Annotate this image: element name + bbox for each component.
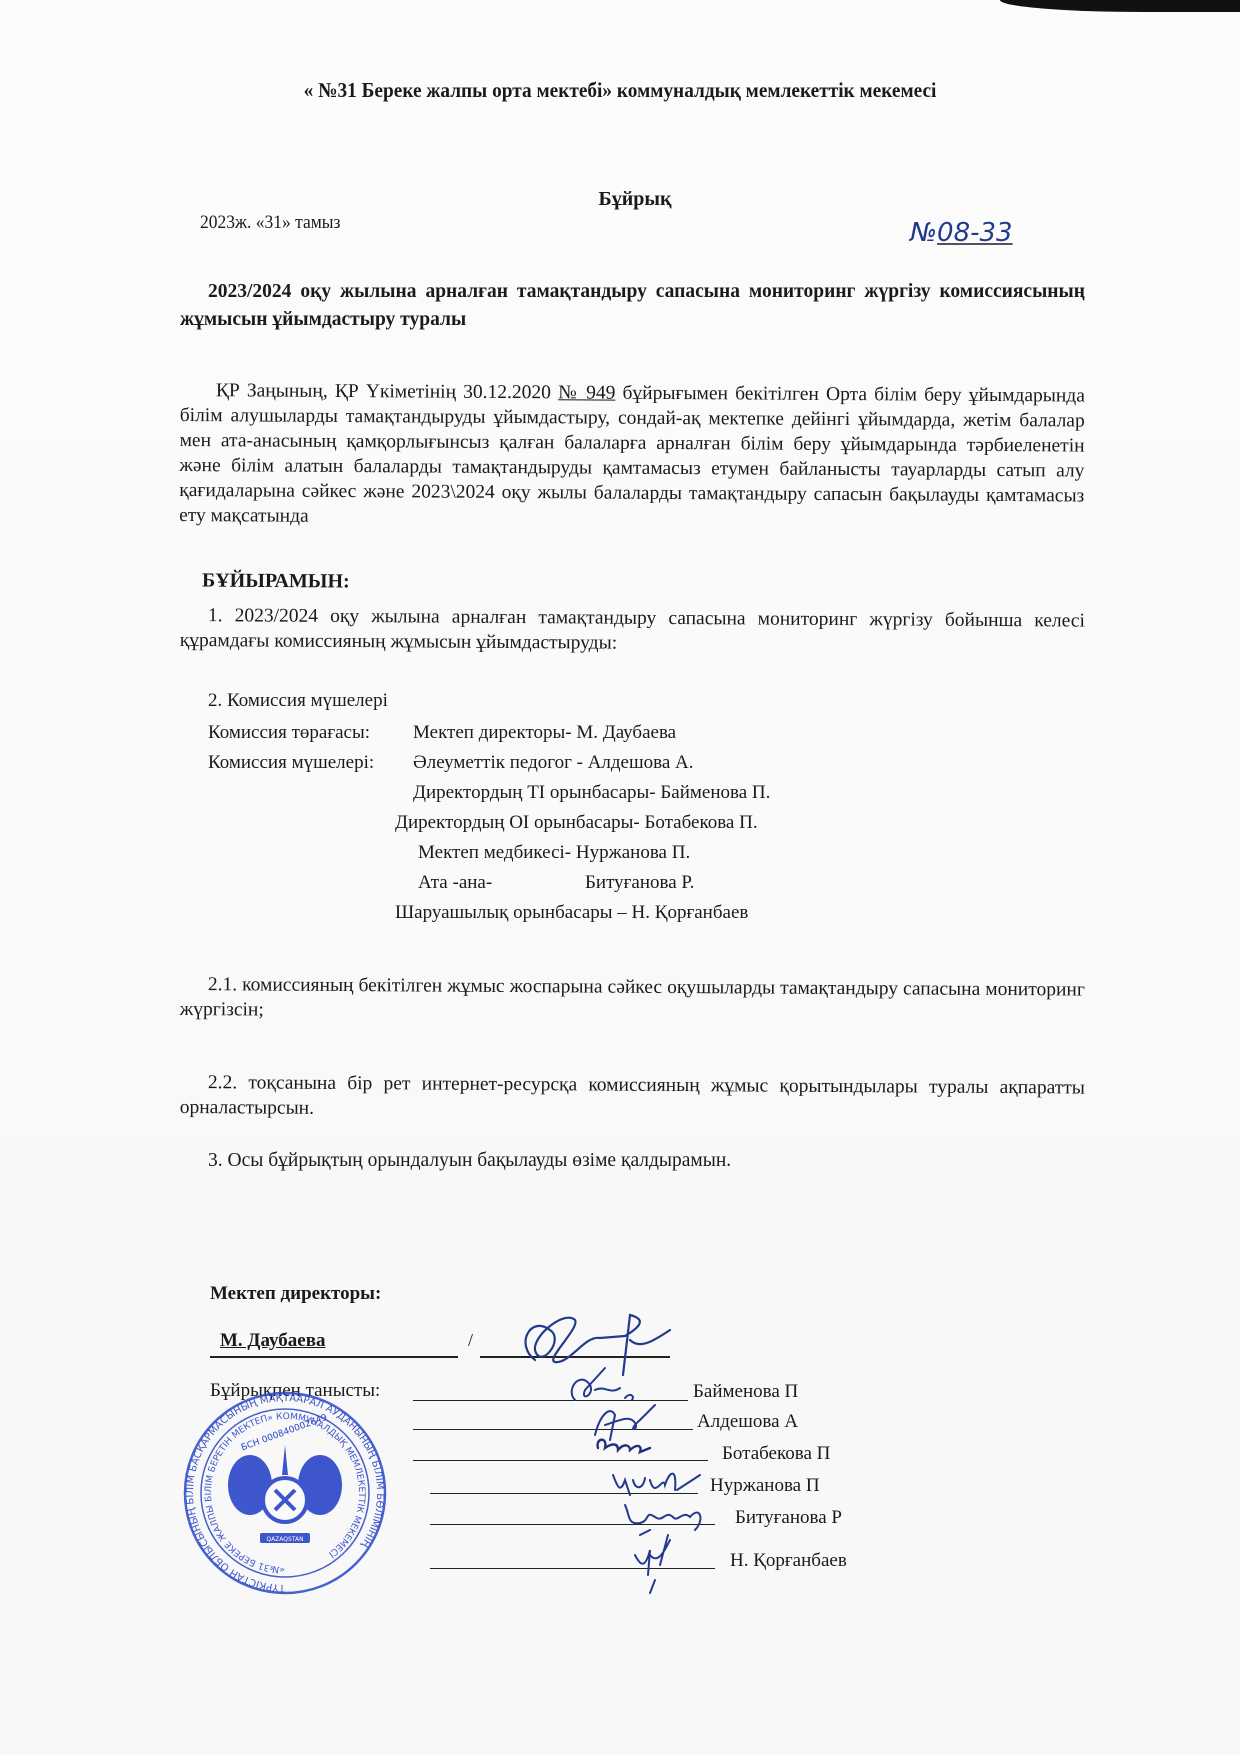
order-subject: 2023/2024 оқу жылына арналған тамақтанды… (180, 278, 1085, 334)
order-item-3: 3. Осы бұйрықтың орындалуын бақылауды өз… (208, 1150, 731, 1172)
order-item-2-1: 2.1. комиссияның бекітілген жұмыс жоспар… (180, 972, 1085, 1028)
director-label: Мектеп директоры: (210, 1283, 381, 1305)
acknowledger-name: Алдешова А (697, 1411, 798, 1433)
member-item: Шаруашылық орынбасары – Н. Қорғанбаев (395, 902, 748, 924)
commission-chair-row: Комиссия төрағасы:Мектеп директоры- М. Д… (208, 722, 676, 744)
order-directive-word: БҰЙЫРАМЫН: (202, 570, 350, 594)
chair-name: Мектеп директоры- М. Даубаева (413, 722, 676, 743)
order-item-2-2: 2.2. тоқсанына бір рет интернет-ресурсқа… (180, 1070, 1085, 1126)
document-page: « №31 Береке жалпы орта мектебі» коммуна… (0, 0, 1240, 1755)
intro-paragraph: ҚР Заңының, ҚР Үкіметінің 30.12.2020 № 9… (179, 378, 1085, 534)
member-item: Әлеуметтік педогог - Алдешова А. (413, 752, 694, 773)
acknowledger-name: Ботабекова П (722, 1443, 830, 1465)
order-subject-text: 2023/2024 оқу жылына арналған тамақтанды… (180, 281, 1085, 330)
order-item-2-title: 2. Комиссия мүшелері (208, 690, 388, 712)
member-item: Директордың ОІ орынбасары- Ботабекова П. (395, 812, 758, 834)
signature-botabekova-icon (590, 1428, 660, 1458)
order-item-1: 1. 2023/2024 оқу жылына арналған тамақта… (180, 603, 1085, 659)
legal-reference: № 949 (558, 382, 615, 403)
acknowledger-name: Байменова П (693, 1381, 798, 1403)
acknowledger-name: Нуржанова П (710, 1475, 820, 1497)
order-item-2-2-text: 2.2. тоқсанына бір рет интернет-ресурсқа… (180, 1072, 1085, 1119)
order-number-prefix: № (910, 218, 937, 248)
member-item: Ата -ана- (418, 872, 492, 894)
order-item-2-1-text: 2.1. комиссияның бекітілген жұмыс жоспар… (180, 974, 1085, 1020)
intro-text-1: ҚР Заңының, ҚР Үкіметінің 30.12.2020 (216, 380, 558, 403)
acknowledger-name: Н. Қорғанбаев (730, 1550, 847, 1572)
members-label: Комиссия мүшелері: (208, 752, 413, 774)
signature-separator: / (468, 1330, 473, 1351)
acknowledger-name: Битуғанова Р (735, 1507, 842, 1529)
institution-header: « №31 Береке жалпы орта мектебі» коммуна… (50, 78, 1191, 103)
official-stamp-icon: ТҮРКІСТАН ОБЛЫСЫНЫҢ БІЛІМ БАСҚАРМАСЫНЫҢ … (180, 1385, 390, 1600)
intro-text-2: бұйрығымен бекітілген Орта білім беру ұй… (179, 383, 1085, 527)
commission-members-row: Комиссия мүшелері:Әлеуметтік педогог - А… (208, 752, 694, 774)
member-item: Мектеп медбикесі- Нуржанова П. (418, 842, 690, 864)
order-date: 2023ж. «31» тамыз (200, 212, 340, 234)
order-item-1-text: 1. 2023/2024 оқу жылына арналған тамақта… (180, 605, 1085, 653)
parent-member-name: Битуғанова Р. (585, 872, 694, 894)
member-item: Директордың ТІ орынбасары- Байменова П. (413, 782, 770, 804)
order-number-value: 08-33 (937, 218, 1013, 248)
director-name: М. Даубаева (210, 1330, 325, 1351)
scan-corner-shadow (1000, 0, 1240, 12)
svg-text:QAZAQSTAN: QAZAQSTAN (266, 1536, 303, 1543)
order-number: №08-33 (910, 218, 1013, 248)
director-name-line: М. Даубаева (210, 1330, 458, 1358)
chair-label: Комиссия төрағасы: (208, 722, 413, 744)
document-type-title: Бұйрық (0, 188, 1240, 211)
signature-korganbaev-icon (620, 1525, 690, 1595)
